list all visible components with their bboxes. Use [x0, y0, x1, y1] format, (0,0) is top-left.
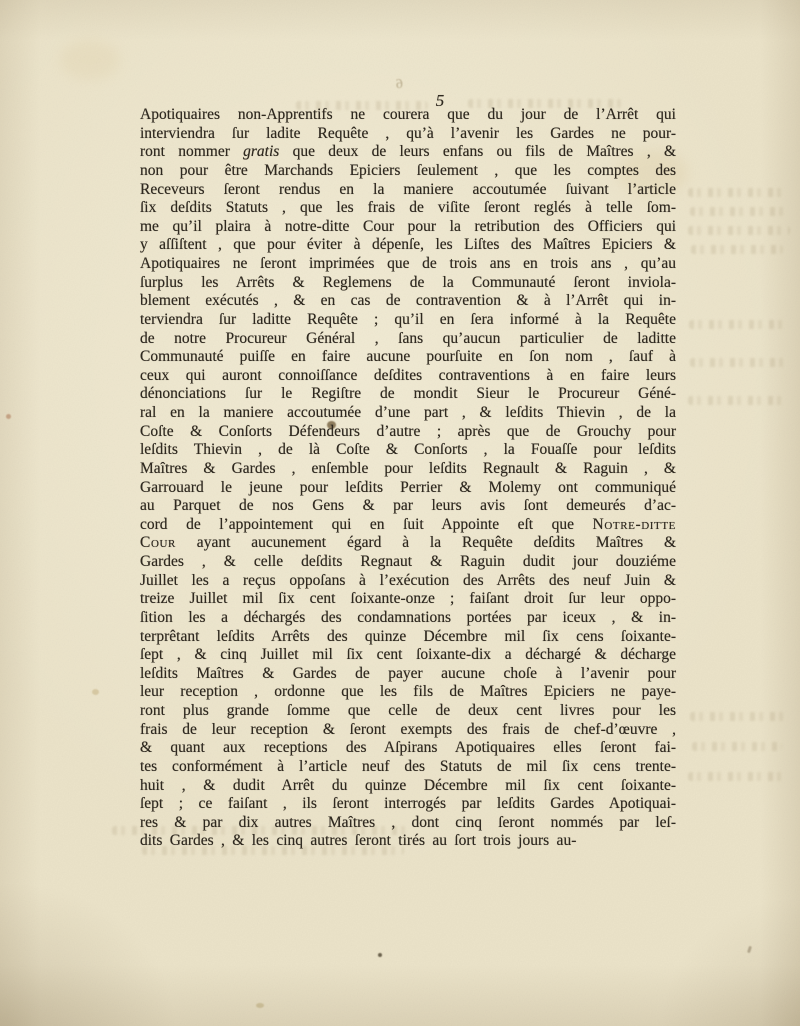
- text-line: Communauté puiſſe en faire aucune pourſu…: [140, 348, 676, 367]
- bleed-through-mark: [689, 320, 789, 329]
- ink-blot: [92, 689, 99, 695]
- text-line: ront nommer gratis que deux de leurs enf…: [140, 143, 676, 162]
- text-line: Apotiquaires non-Apprentifs ne courera q…: [140, 106, 676, 125]
- text-line: blement exécutés , & en cas de contraven…: [140, 292, 676, 311]
- text-line: me qu’il plaira à notre-ditte Cour pour …: [140, 218, 676, 237]
- scanned-page: { "page": { "number": "5", "bleed_mark":…: [0, 0, 800, 1026]
- text-line: Cour ayant aucunement égard à la Requête…: [140, 534, 676, 553]
- text-line: ceux qui auront connoiſſance deſdites co…: [140, 367, 676, 386]
- text-line: interviendra ſur ladite Requête , qu’à l…: [140, 125, 676, 144]
- text-line: tes conformément à l’article neuf des St…: [140, 758, 676, 777]
- bleed-through-mark: [688, 772, 783, 781]
- text-line: dits Gardes , & les cinq autres ſeront t…: [140, 832, 676, 851]
- bleed-through-mark: [690, 712, 786, 721]
- bleed-through-mark: [691, 245, 783, 254]
- page-background: 6 5 Apotiquaires non-Apprentifs ne coure…: [0, 0, 800, 1026]
- text-line: leſdits Thievin , de là Coſte & Conſorts…: [140, 441, 676, 460]
- text-line: huit , & dudit Arrêt du quinze Décembre …: [140, 777, 676, 796]
- text-line: & quant aux receptions des Aſpirans Apot…: [140, 739, 676, 758]
- bleed-through-mark: [692, 742, 782, 751]
- bleed-through-mark: [690, 358, 788, 367]
- text-line: Receveurs ſeront rendus en la maniere ac…: [140, 181, 676, 200]
- bleed-through-mark: [690, 207, 786, 216]
- text-line: ſept , & cinq Juillet mil ſix cent ſoixa…: [140, 646, 676, 665]
- text-line: treize Juillet mil ſix cent ſoixante-onz…: [140, 590, 676, 609]
- text-line: frais de leur reception & ſeront exempts…: [140, 721, 676, 740]
- paper-stain: [60, 40, 120, 80]
- ink-blot: [256, 1003, 264, 1008]
- text-line: ral en la maniere accoutumée d’une part …: [140, 404, 676, 423]
- text-line: ſept ; ce faiſant , ils ſeront interrogé…: [140, 795, 676, 814]
- text-line: ſition les a déchargés des condamnations…: [140, 609, 676, 628]
- text-line: Juillet les a reçus oppoſans à l’exécuti…: [140, 572, 676, 591]
- bleed-through-mark: [688, 226, 790, 235]
- text-line: Gardes , & celle deſdits Regnaut & Ragui…: [140, 553, 676, 572]
- text-line: Apotiquaires ne ſeront imprimées que de …: [140, 255, 676, 274]
- text-line: non pour être Marchands Epiciers ſeuleme…: [140, 162, 676, 181]
- small-caps-word: Notre-ditte: [593, 516, 676, 533]
- text-line: leur reception , ordonne que les fils de…: [140, 683, 676, 702]
- bleed-through-mark: [688, 188, 788, 197]
- text-line: res & par dix autres Maîtres , dont cinq…: [140, 814, 676, 833]
- text-block: Apotiquaires non-Apprentifs ne courera q…: [140, 106, 676, 851]
- text-line: leſdits Maîtres & Gardes de payer aucune…: [140, 665, 676, 684]
- text-line: terviendra ſur laditte Requête ; qu’il e…: [140, 311, 676, 330]
- small-caps-word: Cour: [140, 534, 176, 551]
- bleed-through-numeral: 6: [395, 77, 404, 94]
- text-line: ront plus grande ſomme que celle de deux…: [140, 702, 676, 721]
- text-line: cord de l’appointement qui en ſuit Appoi…: [140, 516, 676, 535]
- bleed-through-mark: [688, 396, 788, 405]
- text-line: Maîtres & Gardes , enſemble pour leſdits…: [140, 460, 676, 479]
- stray-mark: [747, 946, 752, 954]
- text-line: Coſte & Conſorts Défendeurs d’autre ; ap…: [140, 423, 676, 442]
- text-line: ſurplus les Arrêts & Reglemens de la Com…: [140, 274, 676, 293]
- text-line: de notre Procureur Général , ſans qu’auc…: [140, 330, 676, 349]
- text-line: y aſſiſtent , que pour éviter à dépenſe,…: [140, 236, 676, 255]
- text-line: Garrouard le jeune pour leſdits Perrier …: [140, 479, 676, 498]
- text-line: terprêtant leſdits Arrêts des quinze Déc…: [140, 628, 676, 647]
- ink-blot: [6, 414, 11, 419]
- text-line: dénonciations ſur le Regiſtre de mondit …: [140, 385, 676, 404]
- italic-word: gratis: [243, 143, 279, 160]
- text-line: ſix deſdits Statuts , que les frais de v…: [140, 199, 676, 218]
- ink-blot: [378, 953, 382, 957]
- text-line: au Parquet de nos Gens & par leurs avis …: [140, 497, 676, 516]
